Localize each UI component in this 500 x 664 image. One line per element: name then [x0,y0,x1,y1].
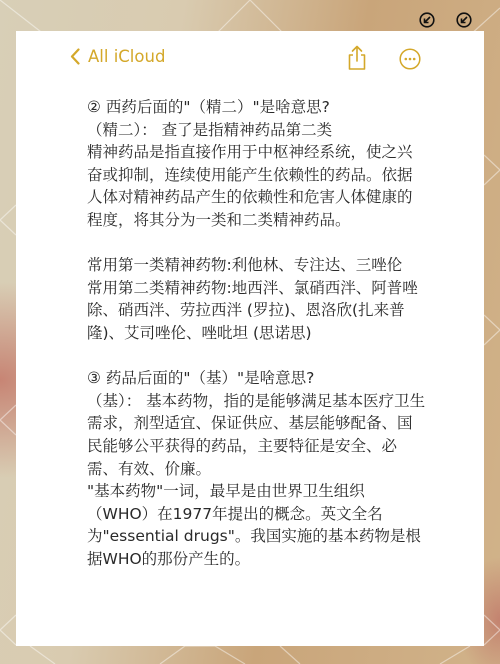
section-2-heading: ② 西药后面的"（精二）"是啥意思? [87,96,427,119]
section-3-heading: ③ 药品后面的"（基）"是啥意思? [87,367,427,390]
share-icon[interactable] [347,45,367,71]
class-1-drugs: 常用第一类精神药物:利他林、专注达、三唑伦 [87,254,427,277]
note-body[interactable]: ② 西药后面的"（精二）"是啥意思? （精二）： 查了是指精神药品第二类 精神药… [87,96,427,570]
section-3-paragraph: （基）： 基本药物，指的是能够满足基本医疗卫生需求，剂型适宜、保证供应、基层能够… [87,390,427,480]
class-2-drugs: 常用第二类精神药物:地西泮、氯硝西泮、阿普唑除、硝西泮、劳拉西泮 (罗拉)、恩洛… [87,277,427,345]
back-button-label: All iCloud [88,47,165,66]
note-card: All iCloud ② 西药后面的"（精二）"是啥意思? （精二）： 查了是指… [16,31,484,646]
section-2-line: （精二）： 查了是指精神药品第二类 [87,119,427,142]
back-button[interactable]: All iCloud [70,47,165,66]
section-3-paragraph: "基本药物"一词，最早是由世界卫生组织（WHO）在1977年提出的概念。英文全名… [87,480,427,570]
navigation-bar: All iCloud [16,31,484,91]
blank-line [87,345,427,368]
section-2-paragraph: 精神药品是指直接作用于中枢神经系统，使之兴奋或抑制，连续使用能产生依赖性的药品。… [87,141,427,231]
ellipsis-circle-icon[interactable] [399,48,421,70]
overlay-icons [419,12,472,28]
collapse-arrow-icon[interactable] [419,12,435,28]
blank-line [87,232,427,255]
collapse-arrow-icon[interactable] [456,12,472,28]
chevron-left-icon [70,48,80,65]
